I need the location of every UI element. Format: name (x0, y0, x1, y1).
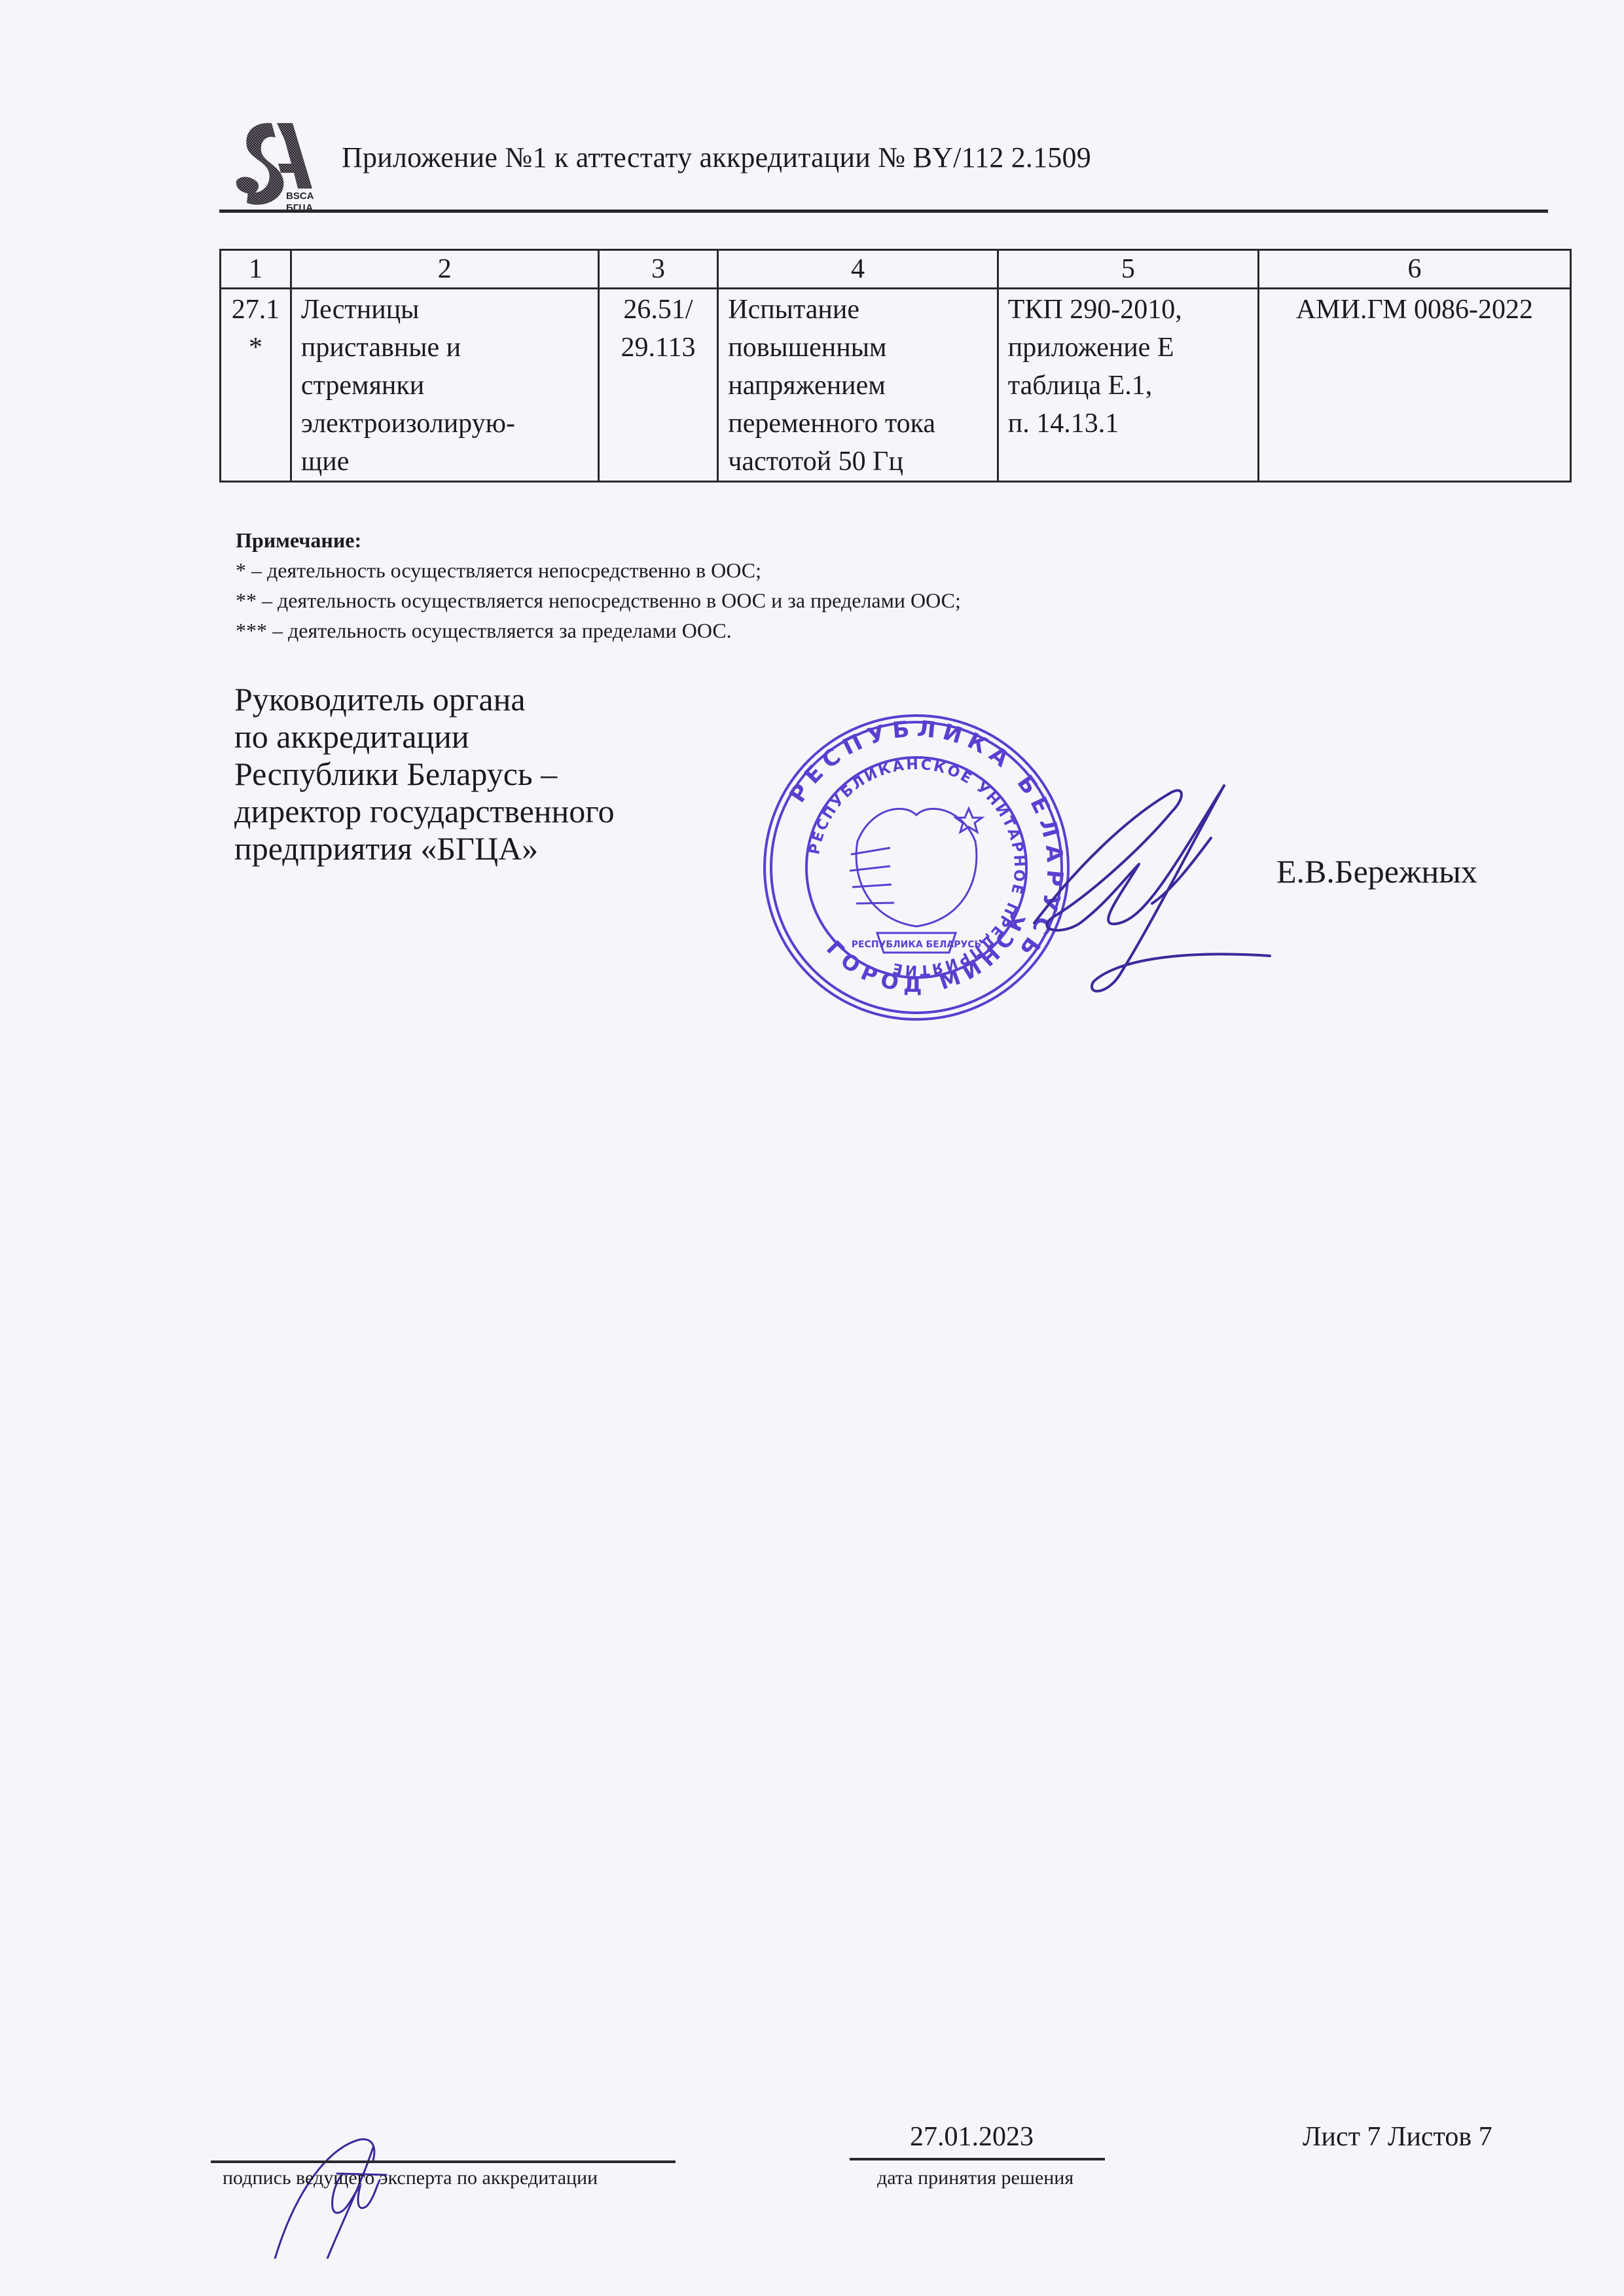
cell-object-name: Лестницы приставные и стремянки электрои… (291, 289, 598, 482)
table-row: 27.1 * Лестницы приставные и стремянки э… (221, 289, 1571, 482)
column-header-3: 3 (598, 250, 718, 289)
expert-signature-label: подпись ведущего эксперта по аккредитаци… (223, 2167, 598, 2189)
bsca-logo: BSCA БГЦА (232, 118, 317, 215)
sheet-number: Лист 7 Листов 7 (1303, 2121, 1492, 2153)
column-header-2: 2 (291, 250, 598, 289)
svg-text:РЕСПУБЛИКА БЕЛАРУСЬ: РЕСПУБЛИКА БЕЛАРУСЬ (852, 939, 981, 950)
note-item: * – деятельность осуществляется непосред… (236, 555, 961, 585)
signatory-position: Руководитель органа по аккредитации Респ… (234, 681, 615, 867)
decision-date: 27.01.2023 (910, 2121, 1034, 2153)
decision-date-label: дата принятия решения (877, 2167, 1074, 2189)
header-divider (219, 210, 1548, 213)
cell-method-doc: АМИ.ГМ 0086-2022 (1259, 289, 1571, 482)
decision-date-line (850, 2158, 1105, 2160)
director-signature (1021, 766, 1283, 1002)
notes-section: Примечание: * – деятельность осуществляе… (236, 525, 961, 646)
notes-title: Примечание: (236, 525, 961, 555)
note-item: *** – деятельность осуществляется за пре… (236, 615, 961, 646)
signer-name: Е.В.Бережных (1276, 852, 1477, 890)
document-title: Приложение №1 к аттестату аккредитации №… (342, 141, 1091, 174)
svg-text:BSCA: BSCA (286, 191, 314, 202)
accreditation-scope-table: 1 2 3 4 5 6 27.1 * Лестницы приставные и… (219, 249, 1572, 483)
cell-code: 26.51/ 29.113 (598, 289, 718, 482)
column-header-5: 5 (998, 250, 1258, 289)
column-header-6: 6 (1259, 250, 1571, 289)
cell-requirements-doc: ТКП 290-2010, приложение Е таблица Е.1, … (998, 289, 1258, 482)
expert-signature-line (211, 2160, 676, 2163)
table-header-row: 1 2 3 4 5 6 (221, 250, 1571, 289)
note-item: ** – деятельность осуществляется непосре… (236, 585, 961, 615)
cell-characteristic: Испытание повышенным напряжением перемен… (718, 289, 998, 482)
column-header-1: 1 (221, 250, 291, 289)
column-header-4: 4 (718, 250, 998, 289)
cell-item-number: 27.1 * (221, 289, 291, 482)
